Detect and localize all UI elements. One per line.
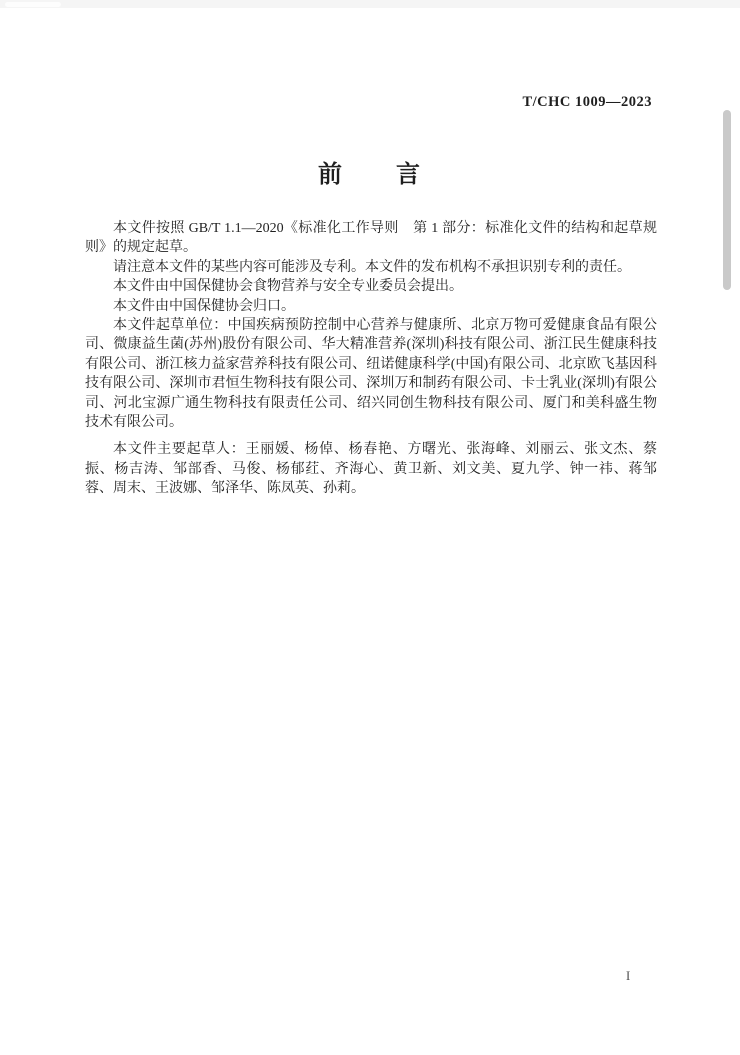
paragraph-proposed-by: 本文件由中国保健协会食物营养与安全专业委员会提出。 xyxy=(85,277,657,296)
paragraph-basis: 本文件按照 GB/T 1.1—2020《标准化工作导则 第 1 部分：标准化文件… xyxy=(85,219,657,258)
foreword-body: 本文件按照 GB/T 1.1—2020《标准化工作导则 第 1 部分：标准化文件… xyxy=(85,219,657,499)
paragraph-centralized-by: 本文件由中国保健协会归口。 xyxy=(85,297,657,316)
paragraph-drafting-organizations: 本文件起草单位：中国疾病预防控制中心营养与健康所、北京万物可爱健康食品有限公司、… xyxy=(85,316,657,432)
vertical-scrollbar-thumb[interactable] xyxy=(723,110,731,290)
paragraph-main-drafters: 本文件主要起草人：王丽媛、杨倬、杨春艳、方曙光、张海峰、刘丽云、张文杰、蔡振、杨… xyxy=(85,440,657,498)
paragraph-patent-notice: 请注意本文件的某些内容可能涉及专利。本文件的发布机构不承担识别专利的责任。 xyxy=(85,258,657,277)
standard-code-header: T/CHC 1009—2023 xyxy=(522,94,652,111)
page-top-edge xyxy=(0,0,740,8)
page-title: 前 言 xyxy=(0,154,740,189)
page-number: I xyxy=(626,969,630,984)
page-top-edge-highlight xyxy=(5,2,61,7)
document-page: T/CHC 1009—2023 前 言 本文件按照 GB/T 1.1—2020《… xyxy=(0,0,740,1055)
